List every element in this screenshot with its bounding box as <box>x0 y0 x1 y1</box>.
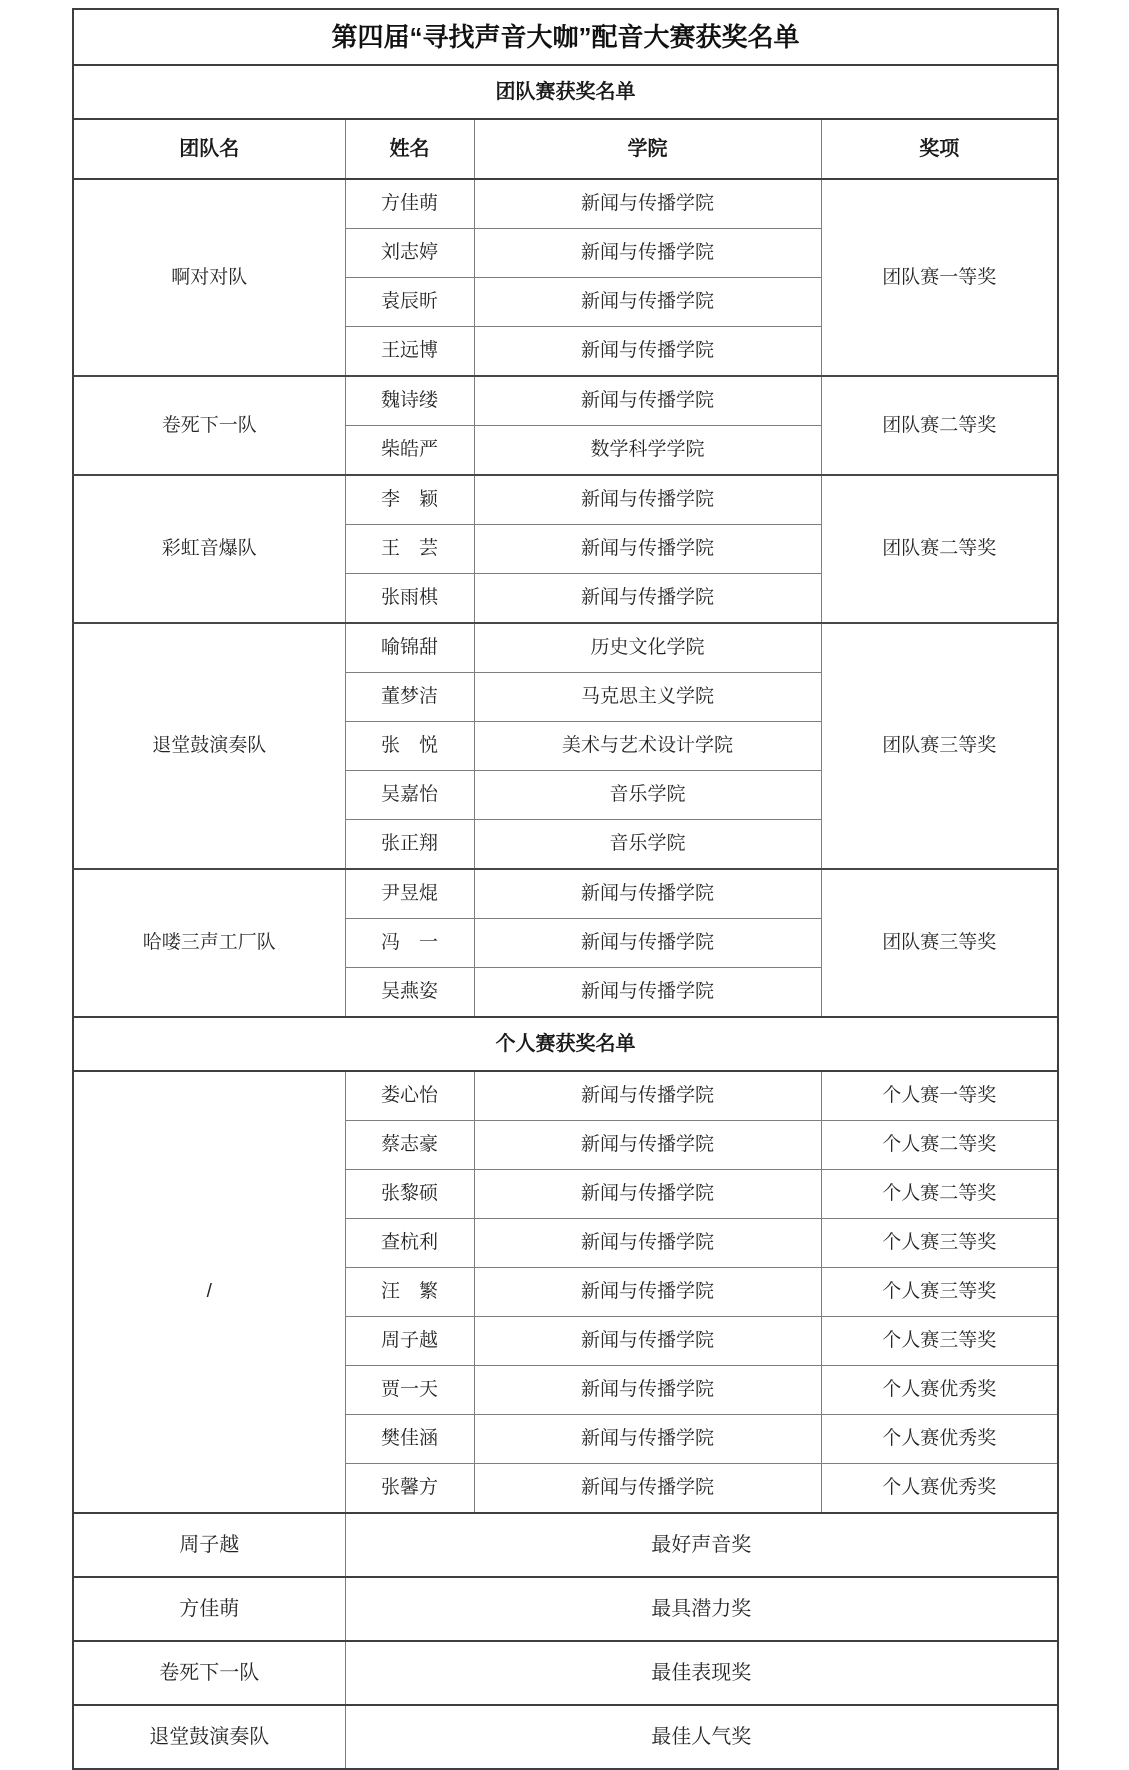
page-title: 第四届“寻找声音大咖”配音大赛获奖名单 <box>73 9 1058 65</box>
table-row: 卷死下一队最佳表现奖 <box>73 1641 1058 1705</box>
member-name-cell: 董梦洁 <box>345 673 474 722</box>
member-name-cell: 方佳萌 <box>345 179 474 229</box>
special-recipient-cell: 周子越 <box>73 1513 345 1577</box>
column-header: 学院 <box>474 119 821 179</box>
college-cell: 新闻与传播学院 <box>474 179 821 229</box>
college-cell: 新闻与传播学院 <box>474 919 821 968</box>
team-award-cell: 团队赛二等奖 <box>821 376 1058 475</box>
college-cell: 新闻与传播学院 <box>474 1366 821 1415</box>
special-award-cell: 最佳表现奖 <box>345 1641 1058 1705</box>
team-award-cell: 团队赛一等奖 <box>821 179 1058 376</box>
table-row: /娄心怡新闻与传播学院个人赛一等奖 <box>73 1071 1058 1121</box>
college-cell: 新闻与传播学院 <box>474 1170 821 1219</box>
team-name-cell: 卷死下一队 <box>73 376 345 475</box>
college-cell: 新闻与传播学院 <box>474 278 821 327</box>
table-row: 啊对对队方佳萌新闻与传播学院团队赛一等奖 <box>73 179 1058 229</box>
team-award-cell: 团队赛三等奖 <box>821 869 1058 1017</box>
member-name-cell: 王远博 <box>345 327 474 377</box>
member-name-cell: 周子越 <box>345 1317 474 1366</box>
table-row: 哈喽三声工厂队尹昱焜新闻与传播学院团队赛三等奖 <box>73 869 1058 919</box>
college-cell: 新闻与传播学院 <box>474 1071 821 1121</box>
table-row: 团队赛获奖名单 <box>73 65 1058 119</box>
individual-section-header: 个人赛获奖名单 <box>73 1017 1058 1071</box>
college-cell: 新闻与传播学院 <box>474 1121 821 1170</box>
college-cell: 新闻与传播学院 <box>474 1219 821 1268</box>
member-name-cell: 尹昱焜 <box>345 869 474 919</box>
member-name-cell: 查杭利 <box>345 1219 474 1268</box>
table-row: 第四届“寻找声音大咖”配音大赛获奖名单 <box>73 9 1058 65</box>
individual-award-cell: 个人赛二等奖 <box>821 1121 1058 1170</box>
individual-award-cell: 个人赛三等奖 <box>821 1268 1058 1317</box>
special-recipient-cell: 方佳萌 <box>73 1577 345 1641</box>
team-placeholder-cell: / <box>73 1071 345 1513</box>
college-cell: 新闻与传播学院 <box>474 1415 821 1464</box>
team-award-cell: 团队赛二等奖 <box>821 475 1058 623</box>
individual-award-cell: 个人赛三等奖 <box>821 1317 1058 1366</box>
college-cell: 历史文化学院 <box>474 623 821 673</box>
column-header: 团队名 <box>73 119 345 179</box>
college-cell: 新闻与传播学院 <box>474 475 821 525</box>
member-name-cell: 樊佳涵 <box>345 1415 474 1464</box>
special-recipient-cell: 卷死下一队 <box>73 1641 345 1705</box>
college-cell: 马克思主义学院 <box>474 673 821 722</box>
college-cell: 新闻与传播学院 <box>474 574 821 624</box>
member-name-cell: 吴嘉怡 <box>345 771 474 820</box>
special-award-cell: 最具潜力奖 <box>345 1577 1058 1641</box>
team-award-cell: 团队赛三等奖 <box>821 623 1058 869</box>
member-name-cell: 娄心怡 <box>345 1071 474 1121</box>
member-name-cell: 贾一天 <box>345 1366 474 1415</box>
individual-award-cell: 个人赛二等奖 <box>821 1170 1058 1219</box>
member-name-cell: 张 悦 <box>345 722 474 771</box>
individual-award-cell: 个人赛优秀奖 <box>821 1464 1058 1514</box>
college-cell: 新闻与传播学院 <box>474 229 821 278</box>
college-cell: 新闻与传播学院 <box>474 525 821 574</box>
member-name-cell: 吴燕姿 <box>345 968 474 1018</box>
college-cell: 数学科学学院 <box>474 426 821 476</box>
special-award-cell: 最好声音奖 <box>345 1513 1058 1577</box>
college-cell: 新闻与传播学院 <box>474 327 821 377</box>
table-row: 周子越最好声音奖 <box>73 1513 1058 1577</box>
team-name-cell: 啊对对队 <box>73 179 345 376</box>
awards-table: 第四届“寻找声音大咖”配音大赛获奖名单团队赛获奖名单团队名姓名学院奖项啊对对队方… <box>72 8 1059 1770</box>
member-name-cell: 冯 一 <box>345 919 474 968</box>
team-section-header: 团队赛获奖名单 <box>73 65 1058 119</box>
awards-table-body: 第四届“寻找声音大咖”配音大赛获奖名单团队赛获奖名单团队名姓名学院奖项啊对对队方… <box>73 9 1058 1769</box>
college-cell: 新闻与传播学院 <box>474 869 821 919</box>
member-name-cell: 王 芸 <box>345 525 474 574</box>
member-name-cell: 蔡志豪 <box>345 1121 474 1170</box>
college-cell: 新闻与传播学院 <box>474 376 821 426</box>
individual-award-cell: 个人赛优秀奖 <box>821 1415 1058 1464</box>
member-name-cell: 柴皓严 <box>345 426 474 476</box>
table-row: 卷死下一队魏诗缕新闻与传播学院团队赛二等奖 <box>73 376 1058 426</box>
college-cell: 音乐学院 <box>474 771 821 820</box>
member-name-cell: 张黎硕 <box>345 1170 474 1219</box>
team-name-cell: 哈喽三声工厂队 <box>73 869 345 1017</box>
member-name-cell: 汪 繁 <box>345 1268 474 1317</box>
document-page: 第四届“寻找声音大咖”配音大赛获奖名单团队赛获奖名单团队名姓名学院奖项啊对对队方… <box>0 0 1129 1770</box>
member-name-cell: 喻锦甜 <box>345 623 474 673</box>
member-name-cell: 李 颖 <box>345 475 474 525</box>
column-header: 姓名 <box>345 119 474 179</box>
special-recipient-cell: 退堂鼓演奏队 <box>73 1705 345 1769</box>
individual-award-cell: 个人赛一等奖 <box>821 1071 1058 1121</box>
individual-award-cell: 个人赛三等奖 <box>821 1219 1058 1268</box>
college-cell: 音乐学院 <box>474 820 821 870</box>
table-row: 退堂鼓演奏队喻锦甜历史文化学院团队赛三等奖 <box>73 623 1058 673</box>
individual-award-cell: 个人赛优秀奖 <box>821 1366 1058 1415</box>
member-name-cell: 张馨方 <box>345 1464 474 1514</box>
table-row: 退堂鼓演奏队最佳人气奖 <box>73 1705 1058 1769</box>
college-cell: 美术与艺术设计学院 <box>474 722 821 771</box>
team-name-cell: 彩虹音爆队 <box>73 475 345 623</box>
team-name-cell: 退堂鼓演奏队 <box>73 623 345 869</box>
member-name-cell: 刘志婷 <box>345 229 474 278</box>
special-award-cell: 最佳人气奖 <box>345 1705 1058 1769</box>
college-cell: 新闻与传播学院 <box>474 1317 821 1366</box>
member-name-cell: 张雨棋 <box>345 574 474 624</box>
table-row: 方佳萌最具潜力奖 <box>73 1577 1058 1641</box>
college-cell: 新闻与传播学院 <box>474 1464 821 1514</box>
college-cell: 新闻与传播学院 <box>474 968 821 1018</box>
column-header: 奖项 <box>821 119 1058 179</box>
member-name-cell: 袁辰昕 <box>345 278 474 327</box>
college-cell: 新闻与传播学院 <box>474 1268 821 1317</box>
member-name-cell: 张正翔 <box>345 820 474 870</box>
table-row: 团队名姓名学院奖项 <box>73 119 1058 179</box>
member-name-cell: 魏诗缕 <box>345 376 474 426</box>
table-row: 彩虹音爆队李 颖新闻与传播学院团队赛二等奖 <box>73 475 1058 525</box>
table-row: 个人赛获奖名单 <box>73 1017 1058 1071</box>
